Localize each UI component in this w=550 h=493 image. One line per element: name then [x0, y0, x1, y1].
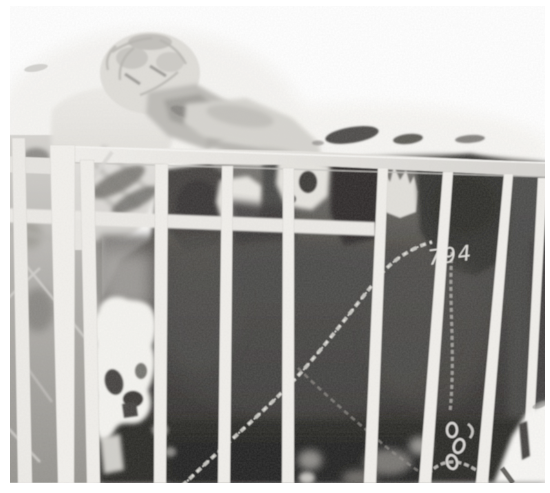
photograph-frame: 794: [0, 0, 550, 493]
photo-canvas: 794: [0, 0, 550, 493]
film-grain: [8, 6, 545, 483]
